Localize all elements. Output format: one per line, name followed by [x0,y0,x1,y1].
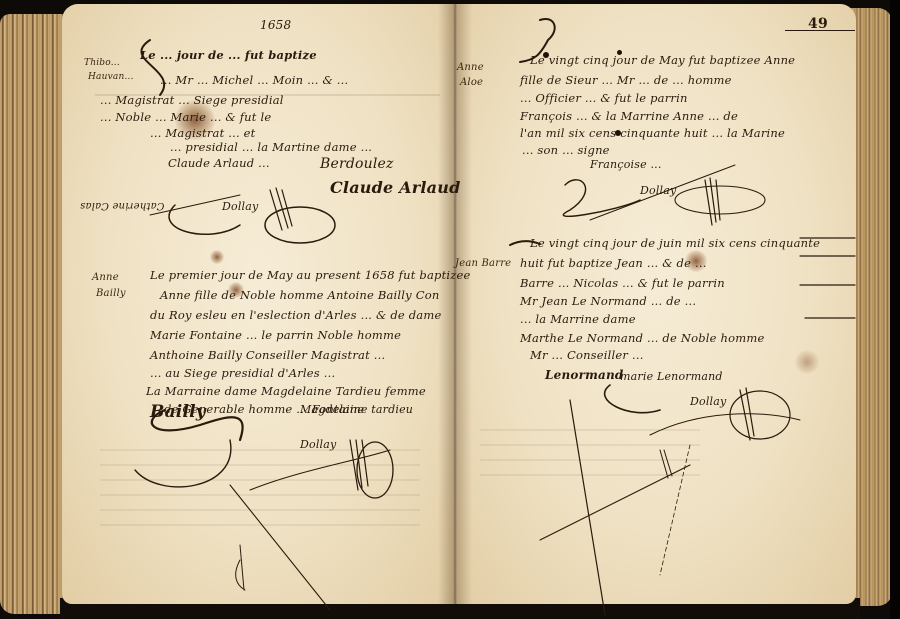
entry-line: Le premier jour de May au present 1658 f… [150,270,471,282]
page-number-underline [785,30,855,31]
entry-line: l'an mil six cens cinquante huit ... la … [520,128,785,140]
signature: Berdoulez [320,156,394,172]
signature: Dollay [222,200,258,213]
entry-line: ... Magistrat ... et [150,128,256,140]
open-register-book: 1658 Thibo... Hauvan... Le ... jour de .… [0,0,900,619]
entry-line: du Roy esleu en l'eslection d'Arles ... … [150,310,441,322]
entry-line: Marthe Le Normand ... de Noble homme [520,333,764,345]
margin-name: Bailly [96,288,126,299]
entry-line: ... Mr ... Michel ... Moin ... & ... [160,75,348,87]
entry-line: Anne fille de Noble homme Antoine Bailly… [160,290,439,302]
entry-line: Le vingt cinq jour de May fut baptizee A… [530,55,795,67]
signature: Françoise ... [590,158,662,171]
margin-note: Catherine Calas [80,200,164,211]
signature: Dollay [300,438,336,451]
margin-name: Anne [457,62,484,73]
signature: Dollay [640,184,676,197]
signature: Magdelaine tardieu [300,403,413,416]
entry-line: La Marraine dame Magdelaine Tardieu femm… [146,386,426,398]
entry-line: fille de Sieur ... Mr ... de ... homme [520,75,732,87]
entry-line: Claude Arlaud ... [168,158,270,170]
background-edge [890,0,900,619]
entry-line: Le ... jour de ... fut baptize [140,50,317,62]
entry-line: Marie Fontaine ... le parrin Noble homme [150,330,401,342]
entry-line: Mr ... Conseiller ... [530,350,644,362]
entry-line: Anthoine Bailly Conseiller Magistrat ... [150,350,385,362]
entry-line: ... son ... signe [522,145,610,157]
entry-line: Le vingt cinq jour de juin mil six cens … [530,238,820,250]
entry-line: ... presidial ... la Martine dame ... [170,142,372,154]
signature: Lenormand [545,368,624,382]
margin-name: Jean Barre [455,258,511,269]
margin-name: Anne [92,272,119,283]
entry-line: Mr Jean Le Normand ... de ... [520,296,696,308]
entry-line: Barre ... Nicolas ... & fut le parrin [520,278,725,290]
ink-stain [210,250,224,264]
year-header: 1658 [260,18,291,32]
signature: marie Lenormand [620,370,723,383]
margin-name: Thibo... [84,58,120,68]
entry-line: François ... & la Marrine Anne ... de [520,111,738,123]
ink-stain [795,350,819,374]
entry-line: ... au Siege presidial d'Arles ... [150,368,335,380]
entry-line: huit fut baptize Jean ... & de ... [520,258,707,270]
signature: Dollay [690,395,726,408]
margin-name: Hauvan... [88,72,134,82]
entry-line: ... Noble ... Marie ... & fut le [100,112,271,124]
signature: Claude Arlaud [330,178,460,197]
signature: Bailly [150,402,206,422]
entry-line: ... la Marrine dame [520,314,636,326]
entry-line: ... Magistrat ... Siege presidial [100,95,284,107]
entry-line: ... Officier ... & fut le parrin [520,93,688,105]
margin-name: Aloe [460,77,483,88]
book-gutter [438,4,472,604]
